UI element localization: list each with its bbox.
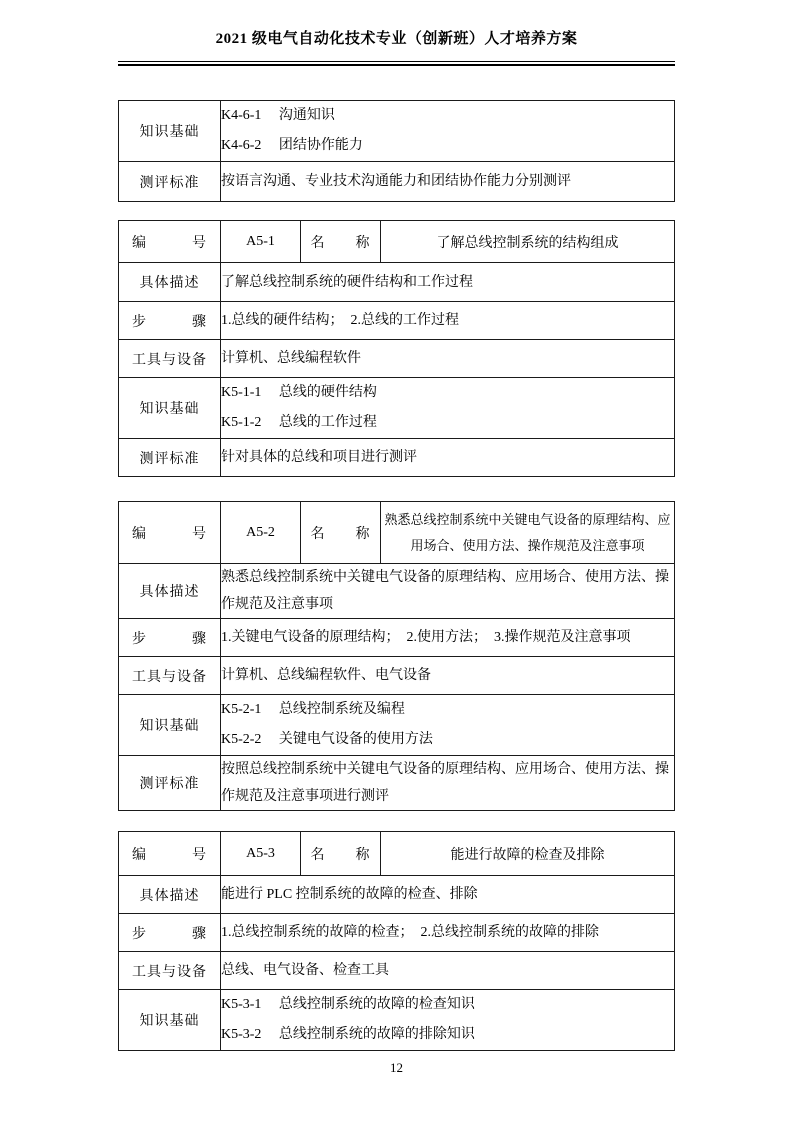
spacer bbox=[118, 202, 675, 220]
row-label: 步 骤 bbox=[119, 914, 221, 952]
row-content: 总线、电气设备、检查工具 bbox=[221, 952, 675, 990]
id-value: A5-2 bbox=[221, 502, 301, 564]
task-table-a5-3: 编 号 A5-3 名 称 能进行故障的检查及排除 具体描述 能进行 PLC 控制… bbox=[118, 831, 675, 1051]
name-value: 熟悉总线控制系统中关键电气设备的原理结构、应用场合、使用方法、操作规范及注意事项 bbox=[381, 502, 675, 564]
row-label: 工具与设备 bbox=[119, 657, 221, 695]
row-content: K5-3-1 总线控制系统的故障的检查知识 K5-3-2 总线控制系统的故障的排… bbox=[221, 990, 675, 1051]
row-content: 1.总线的硬件结构； 2.总线的工作过程 bbox=[221, 302, 675, 340]
row-content: K4-6-1 沟通知识 K4-6-2 团结协作能力 bbox=[221, 101, 675, 162]
name-value: 了解总线控制系统的结构组成 bbox=[381, 221, 675, 263]
id-label: 编 号 bbox=[119, 221, 221, 263]
row-content: 计算机、总线编程软件、电气设备 bbox=[221, 657, 675, 695]
row-content: 1.关键电气设备的原理结构； 2.使用方法； 3.操作规范及注意事项 bbox=[221, 619, 675, 657]
row-content: K5-2-1 总线控制系统及编程 K5-2-2 关键电气设备的使用方法 bbox=[221, 695, 675, 756]
row-label: 知识基础 bbox=[119, 695, 221, 756]
name-value: 能进行故障的检查及排除 bbox=[381, 832, 675, 876]
row-content: 熟悉总线控制系统中关键电气设备的原理结构、应用场合、使用方法、操作规范及注意事项 bbox=[221, 564, 675, 619]
spacer bbox=[118, 477, 675, 501]
id-label: 编 号 bbox=[119, 502, 221, 564]
row-content: 能进行 PLC 控制系统的故障的检查、排除 bbox=[221, 876, 675, 914]
row-label: 测评标准 bbox=[119, 439, 221, 477]
row-label: 工具与设备 bbox=[119, 340, 221, 378]
row-label: 具体描述 bbox=[119, 564, 221, 619]
name-label: 名 称 bbox=[301, 502, 381, 564]
row-label: 测评标准 bbox=[119, 756, 221, 811]
row-content: K5-1-1 总线的硬件结构 K5-1-2 总线的工作过程 bbox=[221, 378, 675, 439]
document-page: 2021 级电气自动化技术专业（创新班）人才培养方案 知识基础 K4-6-1 沟… bbox=[0, 30, 793, 1051]
row-label: 知识基础 bbox=[119, 101, 221, 162]
page-title: 2021 级电气自动化技术专业（创新班）人才培养方案 bbox=[118, 30, 675, 48]
row-label: 知识基础 bbox=[119, 990, 221, 1051]
name-label: 名 称 bbox=[301, 832, 381, 876]
task-table-a5-2: 编 号 A5-2 名 称 熟悉总线控制系统中关键电气设备的原理结构、应用场合、使… bbox=[118, 501, 675, 811]
spacer bbox=[118, 811, 675, 831]
row-label: 步 骤 bbox=[119, 619, 221, 657]
row-label: 具体描述 bbox=[119, 263, 221, 302]
spacer bbox=[118, 66, 675, 100]
page-number: 12 bbox=[0, 1060, 793, 1076]
row-label: 具体描述 bbox=[119, 876, 221, 914]
row-label: 工具与设备 bbox=[119, 952, 221, 990]
task-table-k4-6: 知识基础 K4-6-1 沟通知识 K4-6-2 团结协作能力 测评标准 按语言沟… bbox=[118, 100, 675, 202]
row-label: 知识基础 bbox=[119, 378, 221, 439]
task-table-a5-1: 编 号 A5-1 名 称 了解总线控制系统的结构组成 具体描述 了解总线控制系统… bbox=[118, 220, 675, 477]
row-content: 按语言沟通、专业技术沟通能力和团结协作能力分别测评 bbox=[221, 162, 675, 202]
row-label: 步 骤 bbox=[119, 302, 221, 340]
id-label: 编 号 bbox=[119, 832, 221, 876]
row-content: 计算机、总线编程软件 bbox=[221, 340, 675, 378]
id-value: A5-1 bbox=[221, 221, 301, 263]
row-content: 按照总线控制系统中关键电气设备的原理结构、应用场合、使用方法、操作规范及注意事项… bbox=[221, 756, 675, 811]
row-content: 了解总线控制系统的硬件结构和工作过程 bbox=[221, 263, 675, 302]
id-value: A5-3 bbox=[221, 832, 301, 876]
row-label: 测评标准 bbox=[119, 162, 221, 202]
row-content: 1.总线控制系统的故障的检查； 2.总线控制系统的故障的排除 bbox=[221, 914, 675, 952]
name-label: 名 称 bbox=[301, 221, 381, 263]
row-content: 针对具体的总线和项目进行测评 bbox=[221, 439, 675, 477]
